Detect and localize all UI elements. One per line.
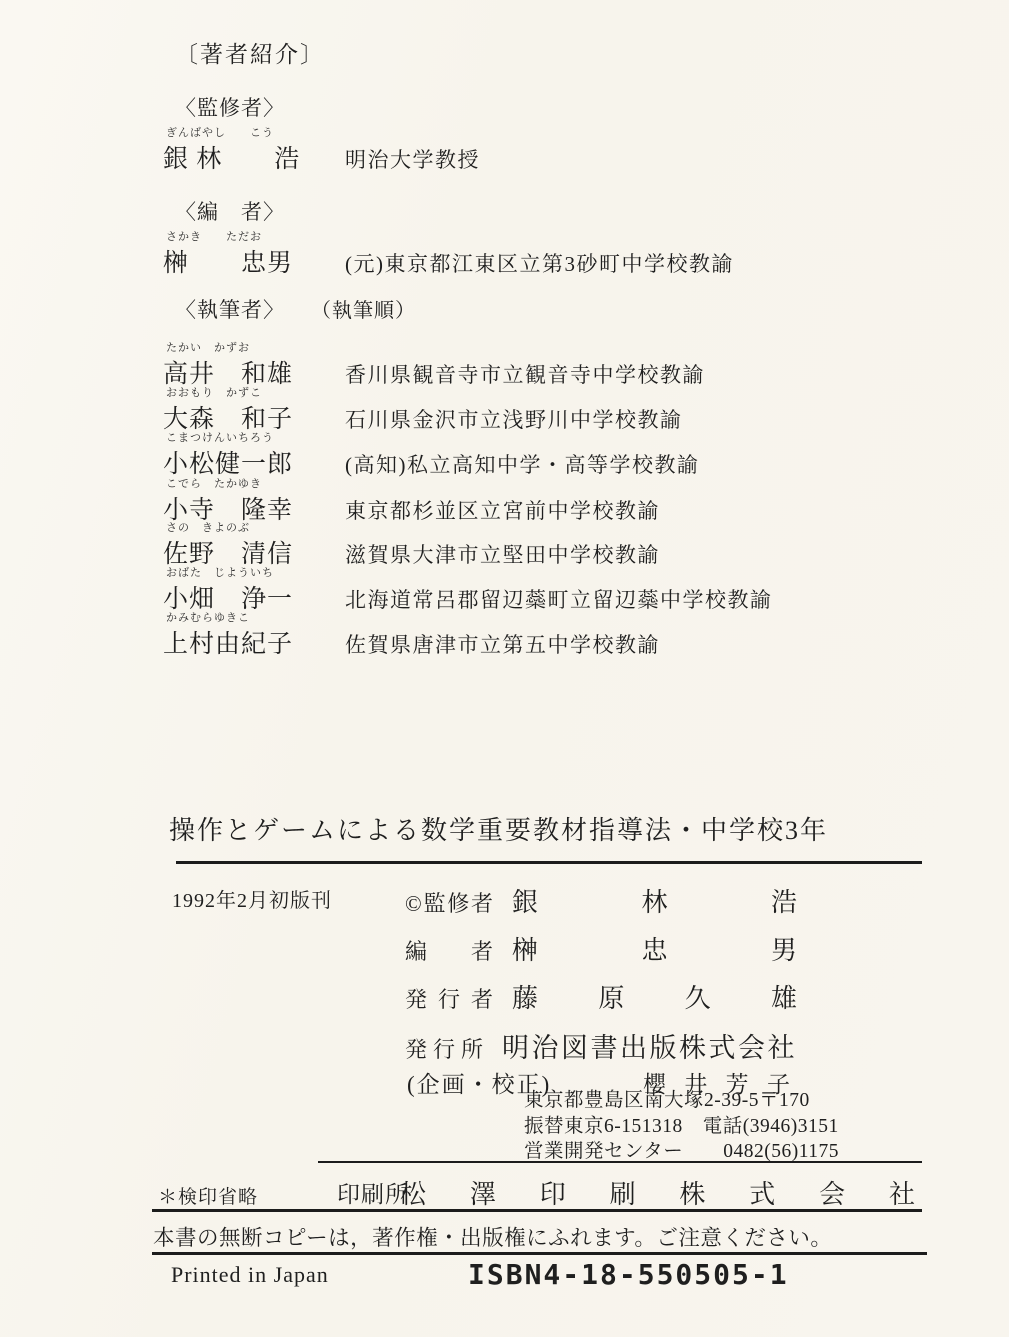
issuer-credit-label: 発行者 bbox=[405, 983, 493, 1014]
printer-name: 松 澤 印 刷 株 式 会 社 bbox=[400, 1174, 915, 1211]
writer-entry: かみむらゆきこ 上村由紀子 佐賀県唐津市立第五中学校教諭 bbox=[163, 609, 963, 660]
publisher-address-block: 東京都豊島区南大塚2-39-5〒170 振替東京6-151318 電話(3946… bbox=[524, 1088, 839, 1165]
copyright-notice: 本書の無断コピーは，著作権・出版権にふれます。ご注意ください。 bbox=[153, 1221, 832, 1252]
supervisor-entry: ぎんばやし こう 銀 林 浩 明治大学教授 bbox=[163, 124, 963, 175]
writer-affiliation: 佐賀県唐津市立第五中学校教諭 bbox=[345, 629, 660, 659]
publisher-name: 明治図書出版株式会社 bbox=[502, 1026, 797, 1065]
issuer-credit-row: 発行者 藤 原 久 雄 bbox=[405, 978, 797, 1015]
author-intro-heading: 〔著者紹介〕 bbox=[175, 36, 325, 69]
editor-credit-name: 榊 忠 男 bbox=[512, 930, 797, 967]
notice-top-rule bbox=[152, 1209, 922, 1212]
writer-furigana: かみむらゆきこ bbox=[163, 609, 963, 624]
editor-entry: さかき ただお 榊 忠男 (元)東京都江東区立第3砂町中学校教諭 bbox=[163, 228, 963, 279]
supervisor-name: 銀 林 浩 bbox=[163, 139, 345, 175]
writers-group-header: 〈執筆者〉 （執筆順） bbox=[175, 294, 416, 324]
publisher-row: 発行所 明治図書出版株式会社 bbox=[405, 1026, 797, 1065]
writer-entry: おばた じよういち 小畑 浄一 北海道常呂郡留辺蘂町立留辺蘂中学校教諭 bbox=[163, 564, 963, 615]
book-title: 操作とゲームによる数学重要教材指導法・中学校3年 bbox=[169, 810, 828, 847]
supervisor-affiliation: 明治大学教授 bbox=[345, 144, 480, 174]
writer-furigana: さの きよのぶ bbox=[163, 519, 963, 534]
publisher-address-line: 東京都豊島区南大塚2-39-5〒170 bbox=[524, 1088, 839, 1114]
writer-furigana: こでら たかゆき bbox=[163, 475, 963, 490]
writer-entry: こまつけんいちろう 小松健一郎 (高知)私立高知中学・高等学校教諭 bbox=[163, 429, 963, 480]
writer-furigana: おばた じよういち bbox=[163, 564, 963, 579]
editor-group-label: 〈編 者〉 bbox=[175, 196, 285, 226]
publisher-label: 発行所 bbox=[405, 1033, 483, 1064]
supervisor-credit-name: 銀 林 浩 bbox=[512, 882, 797, 919]
writer-furigana: たかい かずお bbox=[163, 339, 963, 354]
writer-furigana: こまつけんいちろう bbox=[163, 429, 963, 444]
writer-name: 上村由紀子 bbox=[163, 624, 345, 660]
book-colophon-page: 〔著者紹介〕 〈監修者〉 ぎんばやし こう 銀 林 浩 明治大学教授 〈編 者〉… bbox=[0, 0, 1009, 1337]
editor-furigana: さかき ただお bbox=[163, 228, 963, 243]
editor-affiliation: (元)東京都江東区立第3砂町中学校教諭 bbox=[345, 248, 734, 278]
title-divider-rule bbox=[176, 861, 922, 864]
printed-in-japan: Printed in Japan bbox=[171, 1262, 329, 1288]
writer-entry: さの きよのぶ 佐野 清信 滋賀県大津市立堅田中学校教諭 bbox=[163, 519, 963, 570]
writer-furigana: おおもり かずこ bbox=[163, 384, 963, 399]
editor-credit-label: 編 者 bbox=[405, 935, 493, 966]
seal-omission-note: ＊検印省略 bbox=[158, 1182, 258, 1209]
writer-entry: たかい かずお 高井 和雄 香川県観音寺市立観音寺中学校教諭 bbox=[163, 339, 963, 390]
editor-credit-row: 編 者 榊 忠 男 bbox=[405, 930, 797, 967]
supervisor-group-label: 〈監修者〉 bbox=[175, 92, 285, 122]
editor-name: 榊 忠男 bbox=[163, 243, 345, 279]
supervisor-credit-row: ©監修者 銀 林 浩 bbox=[405, 882, 797, 919]
supervisor-furigana: ぎんばやし こう bbox=[163, 124, 963, 139]
publisher-transfer-line: 振替東京6-151318 電話(3946)3151 bbox=[524, 1114, 839, 1140]
notice-bottom-rule bbox=[152, 1252, 927, 1255]
writers-group-label: 〈執筆者〉 bbox=[175, 294, 285, 324]
writer-entry: おおもり かずこ 大森 和子 石川県金沢市立浅野川中学校教諭 bbox=[163, 384, 963, 435]
supervisor-credit-label: ©監修者 bbox=[405, 887, 493, 918]
printer-row: 印刷所 松 澤 印 刷 株 式 会 社 bbox=[337, 1176, 917, 1209]
writers-order-note: （執筆順） bbox=[311, 294, 416, 323]
isbn-number: ISBN4-18-550505-1 bbox=[468, 1258, 789, 1291]
printer-divider-rule bbox=[318, 1161, 922, 1163]
edition-date: 1992年2月初版刊 bbox=[172, 884, 332, 913]
printer-label: 印刷所 bbox=[337, 1182, 409, 1207]
issuer-credit-name: 藤 原 久 雄 bbox=[512, 978, 797, 1015]
